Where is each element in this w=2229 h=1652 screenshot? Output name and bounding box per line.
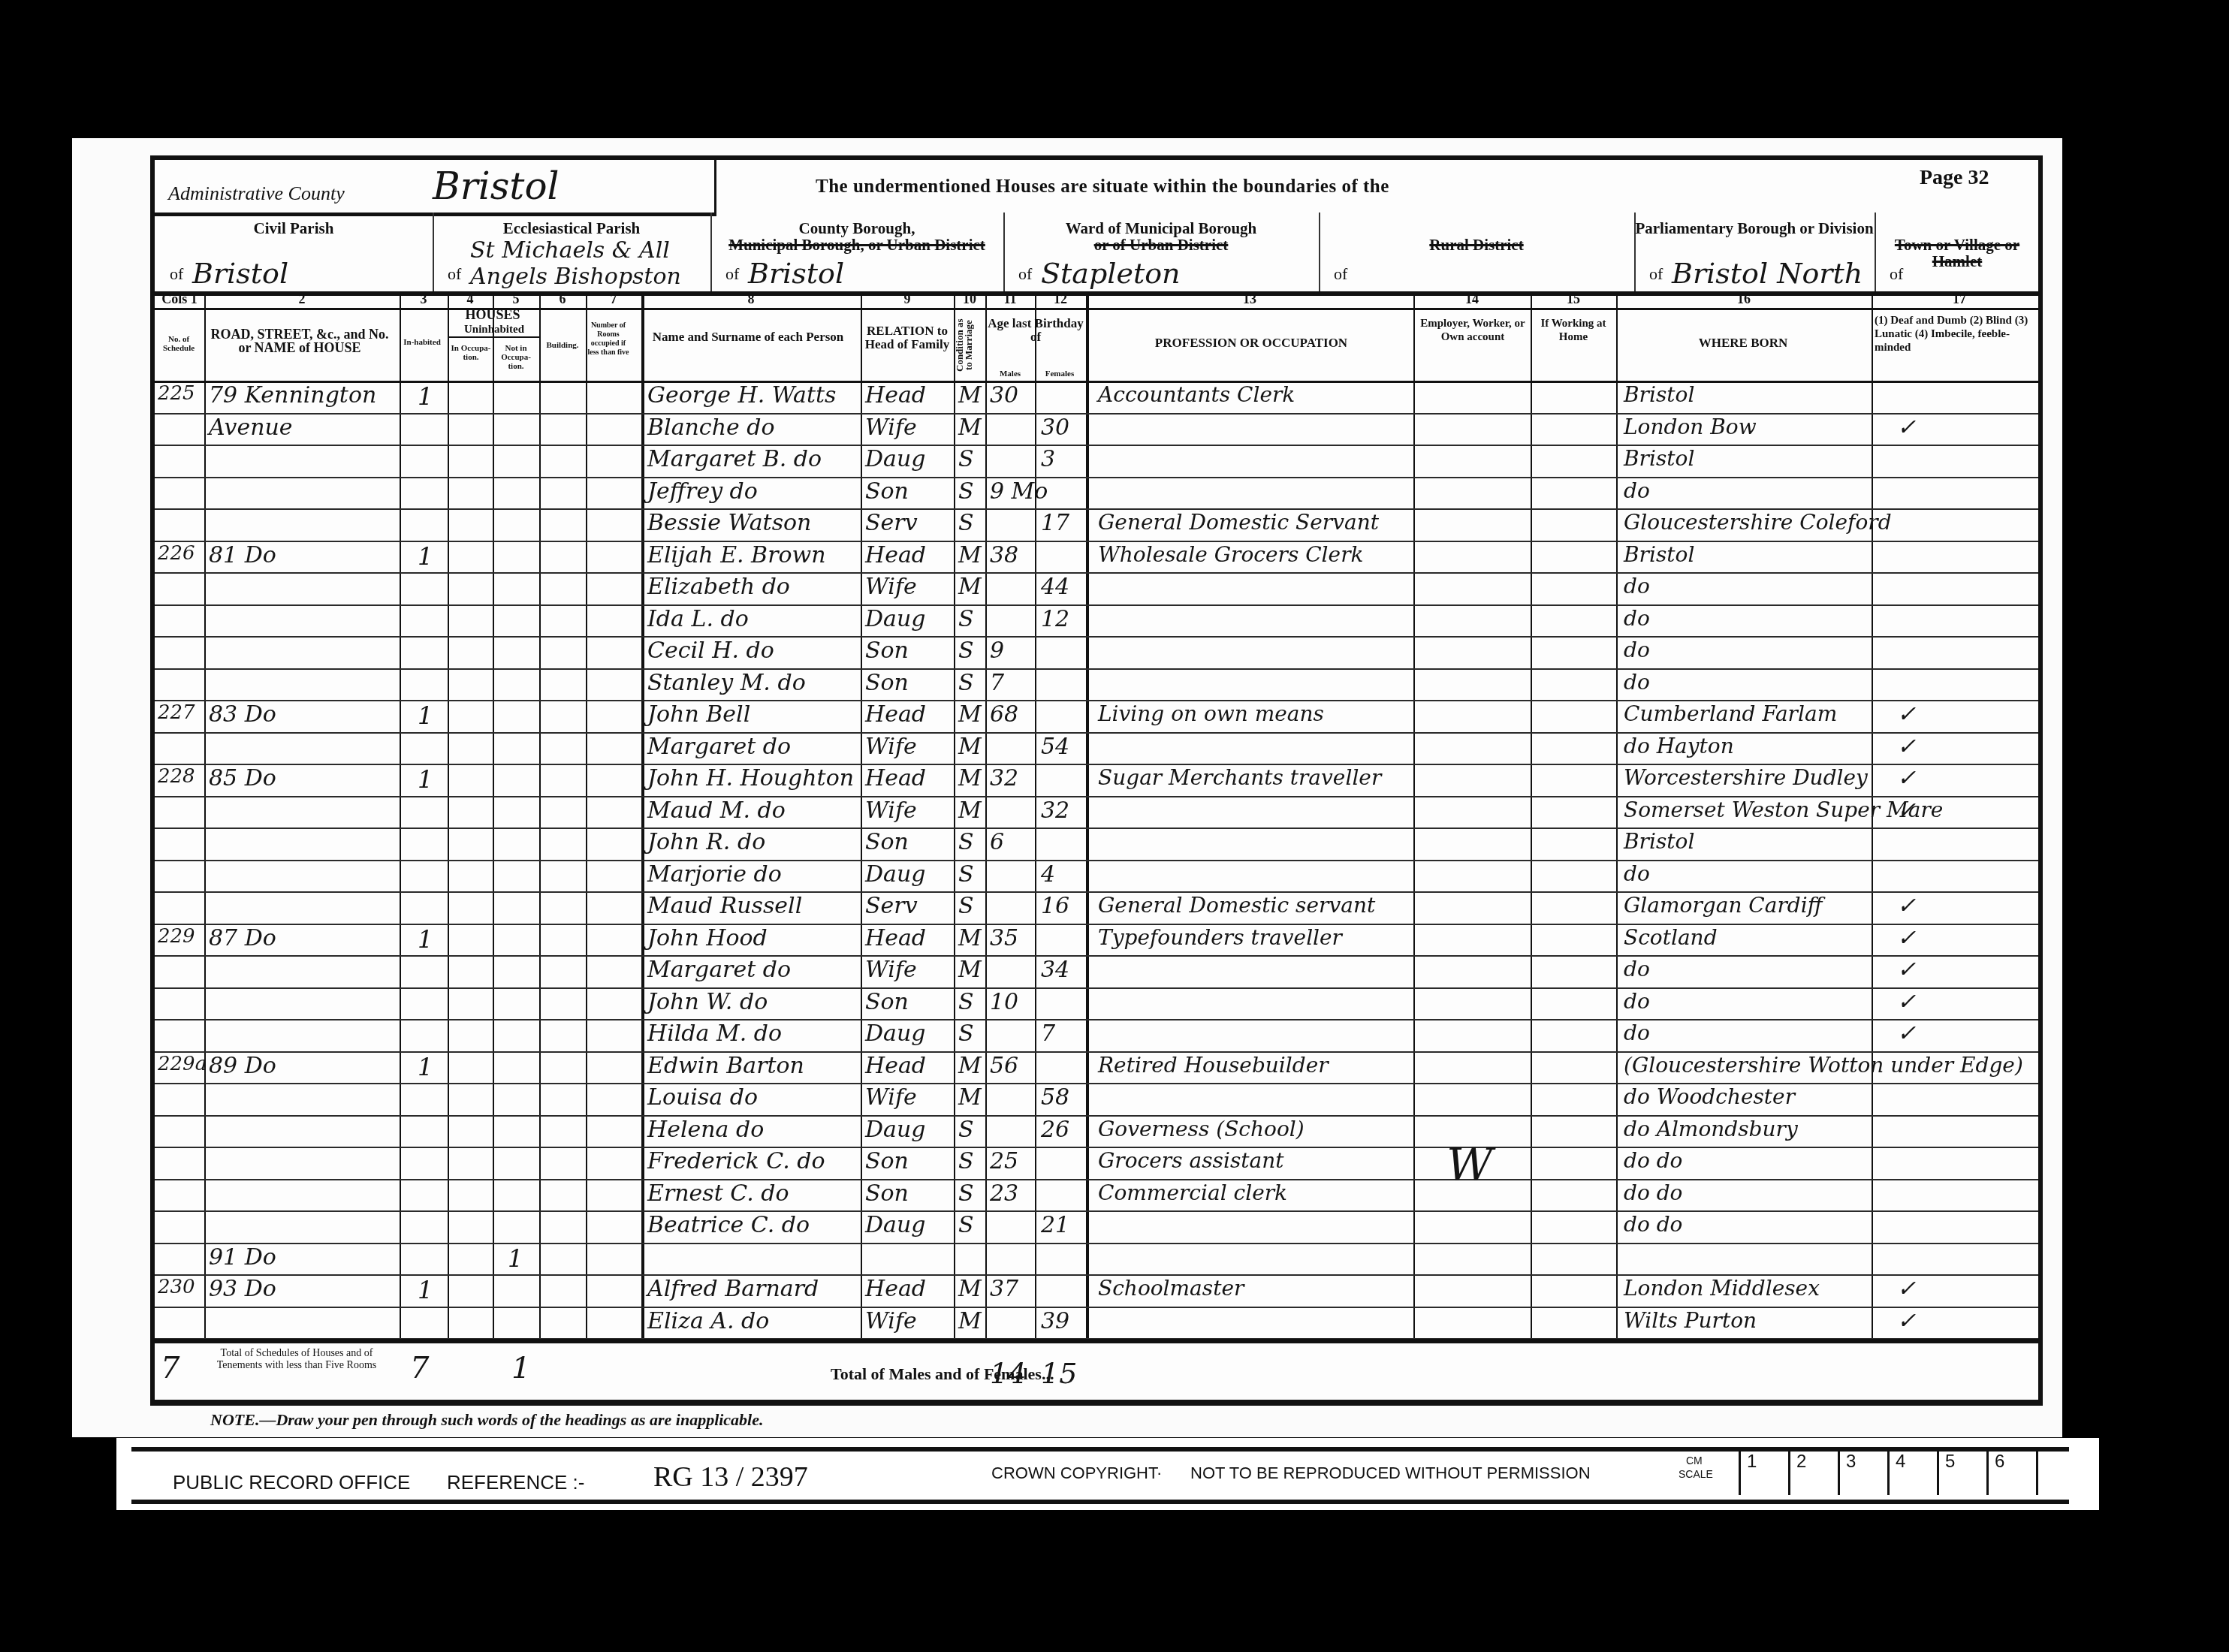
scale-cell: 1 (1739, 1452, 1788, 1495)
check-mark: ✓ (1897, 1308, 1916, 1334)
area-label: Ecclesiastical Parish (433, 220, 710, 237)
table-row: Stanley M. doSonS7do (155, 668, 2038, 701)
marital-condition: S (958, 478, 974, 505)
male-age: 9 Mo (990, 478, 1048, 505)
male-age: 38 (990, 542, 1018, 568)
column-number: 13 (1086, 291, 1413, 307)
marital-condition: M (958, 957, 982, 983)
page-number: Page 32 (1920, 166, 1989, 190)
inhabited-count: 1 (418, 701, 433, 730)
area-label-text: Parliamentary Borough or Division (1635, 219, 1873, 237)
area-label: County Borough,Municipal Borough, or Urb… (710, 220, 1003, 253)
area-value: Bristol (748, 257, 844, 290)
birthplace: do (1624, 957, 1650, 981)
birthplace: Cumberland Farlam (1624, 701, 1837, 726)
occupation: Grocers assistant (1098, 1148, 1284, 1173)
header-not-in-occupation: Not in Occupa-tion. (494, 344, 538, 371)
person-name: Marjorie do (647, 861, 782, 888)
table-row: Frederick C. doSonS25Grocers assistantWd… (155, 1147, 2038, 1179)
header-occupation: PROFESSION OR OCCUPATION (1093, 336, 1409, 350)
relation: Son (865, 829, 909, 855)
birthplace: do (1624, 989, 1650, 1014)
male-age: 56 (990, 1053, 1018, 1079)
total-males: 14 (990, 1357, 1026, 1390)
administrative-county-label: Administrative County (168, 182, 345, 205)
person-name: Alfred Barnard (647, 1276, 819, 1302)
person-name: Blanche do (647, 415, 775, 441)
marital-condition: S (958, 1212, 974, 1238)
header-schedule: No. of Schedule (158, 335, 200, 353)
area-value: Stapleton (1041, 257, 1181, 290)
marital-condition: M (958, 797, 982, 824)
female-age: 4 (1041, 861, 1055, 888)
table-row: 22987 Do1John HoodHeadM35Typefounders tr… (155, 924, 2038, 956)
birthplace: London Middlesex (1624, 1276, 1820, 1301)
header-rooms: Number of Rooms occupied if less than fi… (586, 321, 631, 357)
administrative-county-box: Administrative County Bristol (155, 160, 716, 216)
header-at-home: If Working at Home (1534, 317, 1613, 344)
marital-condition: M (958, 542, 982, 568)
area-of-prefix: of (1649, 264, 1663, 284)
marital-condition: M (958, 1308, 982, 1334)
male-age: 32 (990, 765, 1018, 791)
area-value: Bristol North (1672, 257, 1863, 290)
birthplace: Glamorgan Cardiff (1624, 893, 1823, 918)
column-number: 11 (985, 291, 1035, 307)
scale-cell: 6 (1986, 1452, 2036, 1495)
administrative-county-value: Bristol (433, 164, 559, 208)
header-in-occupation: In Occupa-tion. (449, 344, 493, 362)
person-name: John W. do (647, 989, 768, 1015)
marital-condition: S (958, 989, 974, 1015)
road-address: 89 Do (209, 1053, 276, 1079)
person-name: Beatrice C. do (647, 1212, 810, 1238)
male-age: 6 (990, 829, 1004, 855)
road-address: 91 Do (209, 1244, 276, 1271)
column-number: 6 (539, 291, 586, 307)
table-row: Louisa doWifeM58do Woodchester (155, 1083, 2038, 1115)
male-age: 25 (990, 1148, 1018, 1174)
marital-condition: S (958, 446, 974, 472)
footer-separator: · (1157, 1464, 1162, 1483)
check-mark: ✓ (1897, 734, 1916, 760)
table-row: Hilda M. doDaugS7do✓ (155, 1019, 2038, 1051)
birthplace: do do (1624, 1148, 1682, 1173)
person-name: Ida L. do (647, 606, 749, 632)
scale-end (2036, 1452, 2044, 1495)
person-name: Margaret do (647, 957, 791, 983)
occupation: Accountants Clerk (1098, 382, 1295, 407)
road-address: 93 Do (209, 1276, 276, 1302)
person-name: Elijah E. Brown (647, 542, 826, 568)
column-number: 2 (204, 291, 400, 307)
column-number: 10 (954, 291, 985, 307)
table-row: Maud RussellServS16General Domestic serv… (155, 891, 2038, 924)
female-age: 44 (1041, 574, 1069, 600)
inhabited-count: 1 (418, 765, 433, 794)
relation: Wife (865, 957, 917, 983)
table-row: John R. doSonS6Bristol (155, 828, 2038, 860)
person-name: Stanley M. do (647, 670, 806, 696)
scale-cell: 3 (1838, 1452, 1887, 1495)
area-label-struck: or of Urban District (1094, 236, 1229, 254)
person-name: Margaret B. do (647, 446, 822, 472)
occupation: Sugar Merchants traveller (1098, 765, 1381, 790)
female-age: 58 (1041, 1084, 1069, 1111)
header-condition: Condition as to Marriage (955, 315, 982, 375)
column-number: 12 (1035, 291, 1086, 307)
occupation: Commercial clerk (1098, 1180, 1287, 1205)
female-age: 3 (1041, 446, 1055, 472)
birthplace: do Hayton (1624, 734, 1734, 758)
table-row: 22579 Kennington1George H. WattsHeadM30A… (155, 381, 2038, 413)
birthplace: (Gloucestershire Wotton under Edge) (1624, 1053, 2023, 1078)
person-name: John Hood (647, 925, 768, 951)
person-name: Bessie Watson (647, 510, 811, 536)
total-schedules: 7 (161, 1351, 179, 1385)
occupation: Governess (School) (1098, 1117, 1305, 1141)
relation: Head (865, 765, 926, 791)
inhabited-count: 1 (418, 1276, 433, 1304)
total-uninhabited: 1 (511, 1351, 530, 1385)
relation: Wife (865, 797, 917, 824)
birthplace: do (1624, 861, 1650, 886)
table-row: Helena doDaugS26Governess (School)do Alm… (155, 1115, 2038, 1147)
person-name: John R. do (647, 829, 765, 855)
birthplace: do (1624, 638, 1650, 662)
area-cell-5: Parliamentary Borough or DivisionofBrist… (1634, 213, 1876, 291)
male-age: 35 (990, 925, 1018, 951)
area-of-prefix: of (1018, 264, 1032, 284)
table-row: 22783 Do1John BellHeadM68Living on own m… (155, 700, 2038, 732)
check-mark: ✓ (1897, 957, 1916, 983)
table-row: Elizabeth doWifeM44do (155, 572, 2038, 604)
occupation: Retired Housebuilder (1098, 1053, 1329, 1078)
male-age: 23 (990, 1180, 1018, 1207)
relation: Wife (865, 574, 917, 600)
road-address: 79 Kennington (209, 382, 376, 408)
check-mark: ✓ (1897, 893, 1916, 919)
header-inhabited: In-habited (400, 338, 445, 347)
occupation: General Domestic servant (1098, 893, 1375, 918)
column-number: 8 (641, 291, 861, 307)
header-road: ROAD, STREET, &c., and No. or NAME of HO… (206, 327, 394, 354)
marital-condition: S (958, 829, 974, 855)
column-number: 17 (1872, 291, 2047, 307)
birthplace: Wilts Purton (1624, 1308, 1757, 1333)
footer-bottom-rule (131, 1500, 2069, 1504)
marital-condition: M (958, 765, 982, 791)
totals-row: 7 Total of Schedules of Houses and of Te… (155, 1339, 2038, 1407)
marital-condition: M (958, 574, 982, 600)
schedule-number: 228 (158, 765, 195, 788)
marital-condition: S (958, 893, 974, 919)
footer-permission: NOT TO BE REPRODUCED WITHOUT PERMISSION (1190, 1464, 1591, 1483)
person-name: Hilda M. do (647, 1020, 782, 1047)
footer-scale-label: SCALE (1679, 1468, 1713, 1480)
person-name: Maud Russell (647, 893, 802, 919)
relation: Wife (865, 734, 917, 760)
road-address: 83 Do (209, 701, 276, 728)
marital-condition: S (958, 638, 974, 664)
header-relation: RELATION to Head of Family (862, 324, 952, 351)
relation: Head (865, 382, 926, 408)
area-value: Bristol (192, 257, 288, 290)
area-label-text: Ward of Municipal Borough (1066, 219, 1257, 237)
birthplace: Scotland (1624, 925, 1718, 950)
header-building: Building. (541, 341, 584, 350)
birthplace: Bristol (1624, 446, 1694, 471)
relation: Wife (865, 415, 917, 441)
footer-office: PUBLIC RECORD OFFICE (173, 1471, 410, 1494)
marital-condition: S (958, 510, 974, 536)
table-row: Ida L. doDaugS12do (155, 604, 2038, 637)
person-name: Ernest C. do (647, 1180, 789, 1207)
scale-cell: 2 (1788, 1452, 1838, 1495)
relation: Daug (865, 1212, 925, 1238)
road-address: Avenue (209, 415, 293, 441)
birthplace: Worcestershire Dudley (1624, 765, 1868, 790)
inhabited-count: 1 (418, 382, 433, 411)
female-age: 34 (1041, 957, 1069, 983)
marital-condition: S (958, 1148, 974, 1174)
female-age: 32 (1041, 797, 1069, 824)
relation: Daug (865, 606, 925, 632)
person-name: Cecil H. do (647, 638, 774, 664)
marital-condition: M (958, 415, 982, 441)
table-row: Beatrice C. doDaugS21do do (155, 1210, 2038, 1243)
marital-condition: S (958, 1117, 974, 1143)
occupation: Schoolmaster (1098, 1276, 1244, 1301)
table-row: Cecil H. doSonS9do (155, 636, 2038, 668)
marital-condition: S (958, 670, 974, 696)
area-value: St Michaels & All Angels Bishopston (470, 237, 710, 290)
column-header-row: No. of Schedule ROAD, STREET, &c., and N… (155, 308, 2038, 383)
area-label-text: Ecclesiastical Parish (503, 219, 641, 237)
schedule-number: 227 (158, 701, 195, 724)
area-label-text: County Borough, (799, 219, 915, 237)
marital-condition: S (958, 1180, 974, 1207)
footnote: NOTE.—Draw your pen through such words o… (210, 1410, 764, 1430)
relation: Son (865, 1180, 909, 1207)
road-address: 85 Do (209, 765, 276, 791)
area-label-struck: Town or Village or Hamlet (1895, 236, 2019, 270)
relation: Head (865, 1276, 926, 1302)
male-age: 68 (990, 701, 1018, 728)
relation: Head (865, 1053, 926, 1079)
relation: Daug (865, 861, 925, 888)
marital-condition: M (958, 701, 982, 728)
area-of-prefix: of (170, 264, 183, 284)
header-males: Males (987, 369, 1033, 378)
birthplace: do (1624, 478, 1650, 503)
check-mark: ✓ (1897, 797, 1916, 824)
birthplace: do (1624, 574, 1650, 598)
schedule-number: 225 (158, 382, 195, 405)
marital-condition: M (958, 1276, 982, 1302)
relation: Head (865, 542, 926, 568)
archive-footer: PUBLIC RECORD OFFICE REFERENCE :- RG 13 … (116, 1438, 2099, 1510)
column-number: 7 (586, 291, 641, 307)
area-cell-3: Ward of Municipal Boroughor of Urban Dis… (1003, 213, 1320, 291)
person-name: Maud M. do (647, 797, 786, 824)
area-label: Parliamentary Borough or Division (1634, 220, 1875, 237)
area-label-struck: Rural District (1429, 236, 1523, 254)
relation: Daug (865, 1020, 925, 1047)
person-name: Eliza A. do (647, 1308, 769, 1334)
marital-condition: M (958, 1053, 982, 1079)
table-row: Margaret B. doDaugS3Bristol (155, 445, 2038, 477)
table-row: 22681 Do1Elijah E. BrownHeadM38Wholesale… (155, 541, 2038, 573)
table-row: Margaret doWifeM54do Hayton✓ (155, 732, 2038, 764)
check-mark: ✓ (1897, 415, 1916, 441)
census-form: Administrative County Bristol The underm… (150, 155, 2043, 1406)
occupation: Typefounders traveller (1098, 925, 1342, 950)
column-number: 9 (861, 291, 954, 307)
check-mark: ✓ (1897, 1020, 1916, 1047)
header-name: Name and Surname of each Person (643, 330, 853, 344)
male-age: 10 (990, 989, 1018, 1015)
area-cell-0: Civil ParishofBristol (155, 213, 434, 291)
intro-text: The undermentioned Houses are situate wi… (816, 176, 1389, 197)
relation: Serv (865, 510, 918, 536)
inhabited-count: 1 (418, 542, 433, 571)
birthplace: do Almondsbury (1624, 1117, 1798, 1141)
area-of-prefix: of (1890, 264, 1903, 284)
area-label: Civil Parish (155, 220, 433, 237)
column-number: 3 (400, 291, 448, 307)
inhabited-count: 1 (418, 925, 433, 954)
relation: Son (865, 989, 909, 1015)
footer-reference: RG 13 / 2397 (653, 1461, 808, 1494)
check-mark: ✓ (1897, 701, 1916, 728)
birthplace: do (1624, 606, 1650, 631)
marital-condition: S (958, 1020, 974, 1047)
female-age: 17 (1041, 510, 1069, 536)
birthplace: do Woodchester (1624, 1084, 1795, 1109)
relation: Serv (865, 893, 918, 919)
total-inhabited: 7 (410, 1351, 429, 1385)
relation: Daug (865, 1117, 925, 1143)
female-age: 26 (1041, 1117, 1069, 1143)
area-label: Town or Village or Hamlet (1875, 220, 2040, 270)
column-number: 4 (448, 291, 493, 307)
column-number: Cols 1 (155, 291, 204, 307)
relation: Son (865, 670, 909, 696)
table-row: Jeffrey doSonS9 Modo (155, 477, 2038, 509)
schedule-number: 230 (158, 1276, 195, 1298)
female-age: 39 (1041, 1308, 1069, 1334)
person-name: Louisa do (647, 1084, 758, 1111)
area-header-row: Civil ParishofBristolEcclesiastical Pari… (155, 213, 2038, 296)
birthplace: do (1624, 670, 1650, 695)
table-row: Maud M. doWifeM32Somerset Weston Super M… (155, 796, 2038, 828)
birthplace: Bristol (1624, 382, 1694, 407)
road-address: 87 Do (209, 925, 276, 951)
male-age: 7 (990, 670, 1004, 696)
column-number: 5 (493, 291, 539, 307)
female-age: 16 (1041, 893, 1069, 919)
female-age: 7 (1041, 1020, 1055, 1047)
check-mark: ✓ (1897, 989, 1916, 1015)
birthplace: Somerset Weston Super Mare (1624, 797, 1943, 822)
area-label-text: Civil Parish (254, 219, 334, 237)
check-mark: ✓ (1897, 925, 1916, 951)
column-number: 14 (1413, 291, 1531, 307)
marital-condition: S (958, 606, 974, 632)
table-row: Marjorie doDaugS4do (155, 860, 2038, 892)
person-name: Frederick C. do (647, 1148, 825, 1174)
marital-condition: S (958, 861, 974, 888)
header-employer: Employer, Worker, or Own account (1416, 317, 1529, 344)
table-row: 229a89 Do1Edwin BartonHeadM56Retired Hou… (155, 1051, 2038, 1084)
total-schedules-label: Total of Schedules of Houses and of Tene… (210, 1348, 383, 1372)
relation: Head (865, 925, 926, 951)
birthplace: do do (1624, 1212, 1682, 1237)
scale-cell: 5 (1937, 1452, 1986, 1495)
relation: Wife (865, 1308, 917, 1334)
header-females: Females (1036, 369, 1083, 378)
occupation: Living on own means (1098, 701, 1324, 726)
header-uninhabited: Uninhabited (449, 323, 539, 338)
schedule-number: 229 (158, 925, 195, 948)
relation: Son (865, 478, 909, 505)
occupation: Wholesale Grocers Clerk (1098, 542, 1364, 567)
scale-cell: 4 (1887, 1452, 1937, 1495)
relation: Son (865, 638, 909, 664)
footer-scale-label-cm: CM (1686, 1455, 1703, 1467)
marital-condition: M (958, 734, 982, 760)
person-name: Helena do (647, 1117, 764, 1143)
table-row: 23093 Do1Alfred BarnardHeadM37Schoolmast… (155, 1274, 2038, 1307)
footer-copyright: CROWN COPYRIGHT (991, 1464, 1158, 1483)
birthplace: do (1624, 1020, 1650, 1045)
relation: Son (865, 1148, 909, 1174)
birthplace: London Bow (1624, 415, 1757, 439)
male-age: 9 (990, 638, 1004, 664)
table-row: AvenueBlanche doWifeM30London Bow✓ (155, 413, 2038, 445)
road-address: 81 Do (209, 542, 276, 568)
column-number: 15 (1531, 291, 1616, 307)
birthplace: Bristol (1624, 829, 1694, 854)
occupation: General Domestic Servant (1098, 510, 1379, 535)
person-name: Elizabeth do (647, 574, 790, 600)
area-of-prefix: of (725, 264, 739, 284)
female-age: 30 (1041, 415, 1069, 441)
person-name: George H. Watts (647, 382, 836, 408)
area-cell-1: Ecclesiastical ParishofSt Michaels & All… (433, 213, 712, 291)
table-row: Ernest C. doSonS23Commercial clerkdo do (155, 1179, 2038, 1211)
male-age: 30 (990, 382, 1018, 408)
area-label-struck: Municipal Borough, or Urban District (728, 236, 985, 254)
female-age: 21 (1041, 1212, 1069, 1238)
check-mark: ✓ (1897, 1276, 1916, 1302)
header-where-born: WHERE BORN (1619, 336, 1867, 350)
table-row: Margaret doWifeM34do✓ (155, 955, 2038, 987)
check-mark: ✓ (1897, 765, 1916, 791)
column-number: 16 (1616, 291, 1872, 307)
header-infirmity: (1) Deaf and Dumb (2) Blind (3) Lunatic … (1875, 314, 2032, 354)
table-row: 22885 Do1John H. HoughtonHeadM32Sugar Me… (155, 764, 2038, 796)
schedule-number: 226 (158, 542, 195, 565)
area-cell-2: County Borough,Municipal Borough, or Urb… (710, 213, 1005, 291)
footer-reference-label: REFERENCE :- (447, 1471, 584, 1494)
area-label: Ward of Municipal Boroughor of Urban Dis… (1003, 220, 1319, 253)
birthplace: do do (1624, 1180, 1682, 1205)
uninhabited-count: 1 (508, 1244, 523, 1273)
area-cell-6: Town or Village or Hamletof (1875, 213, 2040, 291)
relation: Head (865, 701, 926, 728)
